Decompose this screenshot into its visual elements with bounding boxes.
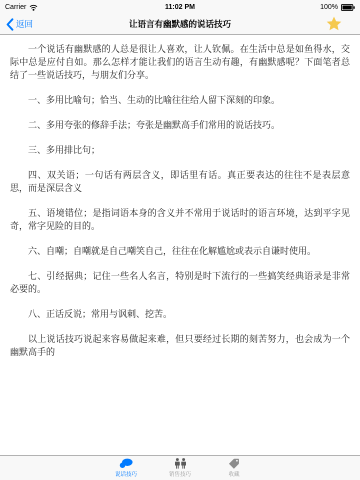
tab-label: 收藏 bbox=[228, 470, 239, 478]
tab-label: 销售技巧 bbox=[169, 470, 191, 478]
article-paragraph: 二、多用夸张的修辞手法；夸张是幽默高手们常用的说话技巧。 bbox=[10, 119, 350, 132]
article-paragraph: 以上说话技巧说起来容易做起来难，但只要经过长期的刻苦努力，也会成为一个幽默高手的 bbox=[10, 333, 350, 359]
app-screen: Carrier 11:02 PM 100% bbox=[0, 0, 360, 480]
star-icon bbox=[326, 16, 342, 31]
tab-speaking-skills[interactable]: 说话技巧 bbox=[106, 458, 146, 478]
battery-percent-label: 100% bbox=[320, 4, 338, 11]
article-scroll-area[interactable]: 一个说话有幽默感的人总是很让人喜欢，让人钦佩。在生活中总是如鱼得水，交际中总是应… bbox=[0, 35, 360, 455]
clock-label: 11:02 PM bbox=[0, 4, 360, 11]
tab-favorites[interactable]: 收藏 bbox=[214, 458, 254, 478]
status-bar: Carrier 11:02 PM 100% bbox=[0, 0, 360, 14]
tab-bar: 说话技巧 销售技巧 收藏 bbox=[0, 455, 360, 480]
article-paragraph: 一个说话有幽默感的人总是很让人喜欢，让人钦佩。在生活中总是如鱼得水，交际中总是应… bbox=[10, 43, 350, 82]
top-chrome: Carrier 11:02 PM 100% bbox=[0, 0, 360, 35]
chat-bubbles-icon bbox=[119, 458, 133, 469]
page-title: 让语言有幽默感的说话技巧 bbox=[0, 18, 360, 30]
article-paragraph: 七、引经据典；记住一些名人名言，特别是时下流行的一些搞笑经典语录是非常必要的。 bbox=[10, 270, 350, 296]
article-paragraph: 一、多用比喻句；恰当、生动的比喻往往给人留下深刻的印象。 bbox=[10, 94, 350, 107]
back-button-label: 返回 bbox=[16, 18, 33, 30]
article-paragraph: 四、双关语；一句话有两层含义，即话里有话。真正要表达的往往不是表层意思，而是深层… bbox=[10, 169, 350, 195]
tab-label: 说话技巧 bbox=[115, 470, 137, 478]
article-paragraph: 五、语境错位；是指词语本身的含义并不常用于说话时的语言环境，达到平字见奇，常字见… bbox=[10, 207, 350, 233]
status-left: Carrier bbox=[5, 4, 38, 11]
wifi-icon bbox=[29, 4, 38, 11]
article-paragraph: 八、正话反说；常用与讽刺、挖苦。 bbox=[10, 308, 350, 321]
people-icon bbox=[174, 458, 187, 469]
tab-sales-skills[interactable]: 销售技巧 bbox=[160, 458, 200, 478]
tag-icon bbox=[228, 458, 240, 469]
article-paragraph: 六、自嘲；自嘲就是自己嘲笑自己，往往在化解尴尬或表示自谦时使用。 bbox=[10, 245, 350, 258]
article-paragraph: 三、多用排比句； bbox=[10, 144, 350, 157]
status-right: 100% bbox=[320, 4, 355, 11]
carrier-label: Carrier bbox=[5, 4, 26, 11]
nav-bar: 返回 让语言有幽默感的说话技巧 bbox=[0, 14, 360, 34]
back-button[interactable]: 返回 bbox=[0, 14, 37, 34]
battery-icon bbox=[341, 4, 355, 11]
back-chevron-icon bbox=[6, 18, 14, 31]
favorite-button[interactable] bbox=[326, 16, 342, 31]
